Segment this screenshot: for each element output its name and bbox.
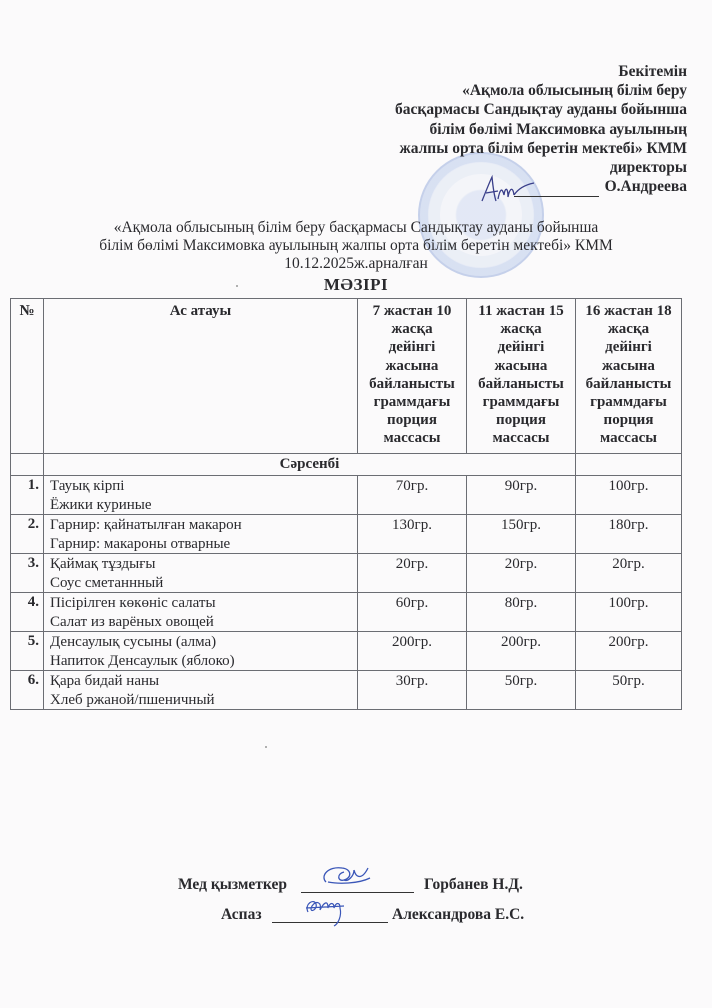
header-line: дейінгі — [576, 338, 681, 356]
menu-table: № Ас атауы 7 жастан 10 жасқа дейінгі жас… — [10, 298, 682, 710]
table-row: 3. Қаймақ тұздығы Соус сметаннный 20гр. … — [11, 554, 682, 593]
row-number: 5. — [11, 632, 44, 671]
portion-7-10: 60гр. — [358, 593, 467, 632]
dish-name-cell: Қара бидай наны Хлеб ржаной/пшеничный — [44, 671, 358, 710]
header-line: байланысты — [467, 375, 575, 393]
scan-speck — [236, 285, 238, 287]
medic-label: Мед қызметкер — [178, 876, 287, 894]
approval-line: «Ақмола облысының білім беру — [395, 81, 687, 100]
header-line: граммдағы — [358, 393, 466, 411]
dish-name-kz: Тауық кірпі — [50, 477, 357, 496]
portion-11-15: 20гр. — [467, 554, 576, 593]
header-line: порция — [467, 411, 575, 429]
row-number: 4. — [11, 593, 44, 632]
menu-date: 10.12.2025ж.арналған — [0, 255, 712, 273]
portion-7-10: 70гр. — [358, 476, 467, 515]
approval-line: жалпы орта білім беретін мектебі» КММ — [395, 139, 687, 158]
document-title: МӘЗІРІ — [0, 275, 712, 295]
day-row: Сәрсенбі — [11, 454, 682, 476]
dish-name-ru: Хлеб ржаной/пшеничный — [50, 691, 357, 710]
dish-name-ru: Напиток Денсаулык (яблоко) — [50, 652, 357, 671]
day-label: Сәрсенбі — [44, 454, 576, 476]
dish-name-ru: Соус сметаннный — [50, 574, 357, 593]
portion-16-18: 100гр. — [576, 593, 682, 632]
dish-name-ru: Салат из варёных овощей — [50, 613, 357, 632]
org-line: «Ақмола облысының білім беру басқармасы … — [0, 219, 712, 237]
dish-name-kz: Пісірілген көкөніс салаты — [50, 594, 357, 613]
table-row: 6. Қара бидай наны Хлеб ржаной/пшеничный… — [11, 671, 682, 710]
cook-signature-line — [272, 906, 388, 923]
dish-name-ru: Ёжики куриные — [50, 496, 357, 515]
dish-name-kz: Қаймақ тұздығы — [50, 555, 357, 574]
portion-11-15: 200гр. — [467, 632, 576, 671]
table-header-row: № Ас атауы 7 жастан 10 жасқа дейінгі жас… — [11, 299, 682, 454]
header-line: массасы — [467, 429, 575, 447]
table-row: 1. Тауық кірпі Ёжики куриные 70гр. 90гр.… — [11, 476, 682, 515]
header-line: жасқа — [358, 320, 466, 338]
header-line: дейінгі — [467, 338, 575, 356]
column-header-age-16-18: 16 жастан 18 жасқа дейінгі жасына байлан… — [576, 299, 682, 454]
portion-11-15: 50гр. — [467, 671, 576, 710]
row-number: 6. — [11, 671, 44, 710]
approval-signer-row: О.Андреева — [395, 177, 687, 197]
dish-name-cell: Пісірілген көкөніс салаты Салат из варён… — [44, 593, 358, 632]
header-line: жасына — [358, 357, 466, 375]
portion-11-15: 150гр. — [467, 515, 576, 554]
header-line: 16 жастан 18 — [576, 302, 681, 320]
header-line: граммдағы — [467, 393, 575, 411]
header-line: дейінгі — [358, 338, 466, 356]
portion-7-10: 20гр. — [358, 554, 467, 593]
dish-name-kz: Гарнир: қайнатылған макарон — [50, 516, 357, 535]
portion-16-18: 180гр. — [576, 515, 682, 554]
portion-11-15: 90гр. — [467, 476, 576, 515]
row-number: 3. — [11, 554, 44, 593]
header-line: граммдағы — [576, 393, 681, 411]
approval-line: Бекітемін — [395, 62, 687, 81]
portion-16-18: 200гр. — [576, 632, 682, 671]
organization-header: «Ақмола облысының білім беру басқармасы … — [0, 219, 712, 273]
cook-name: Александрова Е.С. — [392, 906, 524, 924]
dish-name-ru: Гарнир: макароны отварные — [50, 535, 357, 554]
org-line: білім бөлімі Максимовка ауылының жалпы о… — [0, 237, 712, 255]
approval-line: білім бөлімі Максимовка ауылының — [395, 120, 687, 139]
column-header-age-7-10: 7 жастан 10 жасқа дейінгі жасына байланы… — [358, 299, 467, 454]
header-line: жасқа — [467, 320, 575, 338]
table-row: 4. Пісірілген көкөніс салаты Салат из ва… — [11, 593, 682, 632]
cook-label: Аспаз — [221, 906, 262, 924]
day-row-empty-cell — [576, 454, 682, 476]
portion-11-15: 80гр. — [467, 593, 576, 632]
scan-speck — [265, 746, 267, 748]
portion-7-10: 130гр. — [358, 515, 467, 554]
portion-7-10: 30гр. — [358, 671, 467, 710]
dish-name-cell: Денсаулық сусыны (алма) Напиток Денсаулы… — [44, 632, 358, 671]
portion-7-10: 200гр. — [358, 632, 467, 671]
signature-line — [514, 177, 599, 197]
medic-name: Горбанев Н.Д. — [424, 876, 523, 894]
table-row: 5. Денсаулық сусыны (алма) Напиток Денса… — [11, 632, 682, 671]
header-line: порция — [576, 411, 681, 429]
header-line: массасы — [358, 429, 466, 447]
header-line: порция — [358, 411, 466, 429]
header-line: массасы — [576, 429, 681, 447]
dish-name-cell: Тауық кірпі Ёжики куриные — [44, 476, 358, 515]
approval-line: басқармасы Сандықтау ауданы бойынша — [395, 100, 687, 119]
portion-16-18: 100гр. — [576, 476, 682, 515]
approval-signer: О.Андреева — [605, 178, 687, 195]
dish-name-cell: Гарнир: қайнатылған макарон Гарнир: мака… — [44, 515, 358, 554]
header-line: жасына — [576, 357, 681, 375]
approval-line: директоры — [395, 158, 687, 177]
header-line: байланысты — [576, 375, 681, 393]
table-row: 2. Гарнир: қайнатылған макарон Гарнир: м… — [11, 515, 682, 554]
header-line: жасына — [467, 357, 575, 375]
header-line: жасқа — [576, 320, 681, 338]
row-number: 1. — [11, 476, 44, 515]
column-header-number: № — [11, 299, 44, 454]
approval-block: Бекітемін «Ақмола облысының білім беру б… — [395, 62, 687, 197]
header-line: 7 жастан 10 — [358, 302, 466, 320]
row-number: 2. — [11, 515, 44, 554]
medic-signature-line — [301, 876, 414, 893]
dish-name-kz: Қара бидай наны — [50, 672, 357, 691]
dish-name-cell: Қаймақ тұздығы Соус сметаннный — [44, 554, 358, 593]
day-row-num-cell — [11, 454, 44, 476]
header-line: байланысты — [358, 375, 466, 393]
dish-name-kz: Денсаулық сусыны (алма) — [50, 633, 357, 652]
column-header-dish: Ас атауы — [44, 299, 358, 454]
portion-16-18: 50гр. — [576, 671, 682, 710]
header-line: 11 жастан 15 — [467, 302, 575, 320]
portion-16-18: 20гр. — [576, 554, 682, 593]
column-header-age-11-15: 11 жастан 15 жасқа дейінгі жасына байлан… — [467, 299, 576, 454]
